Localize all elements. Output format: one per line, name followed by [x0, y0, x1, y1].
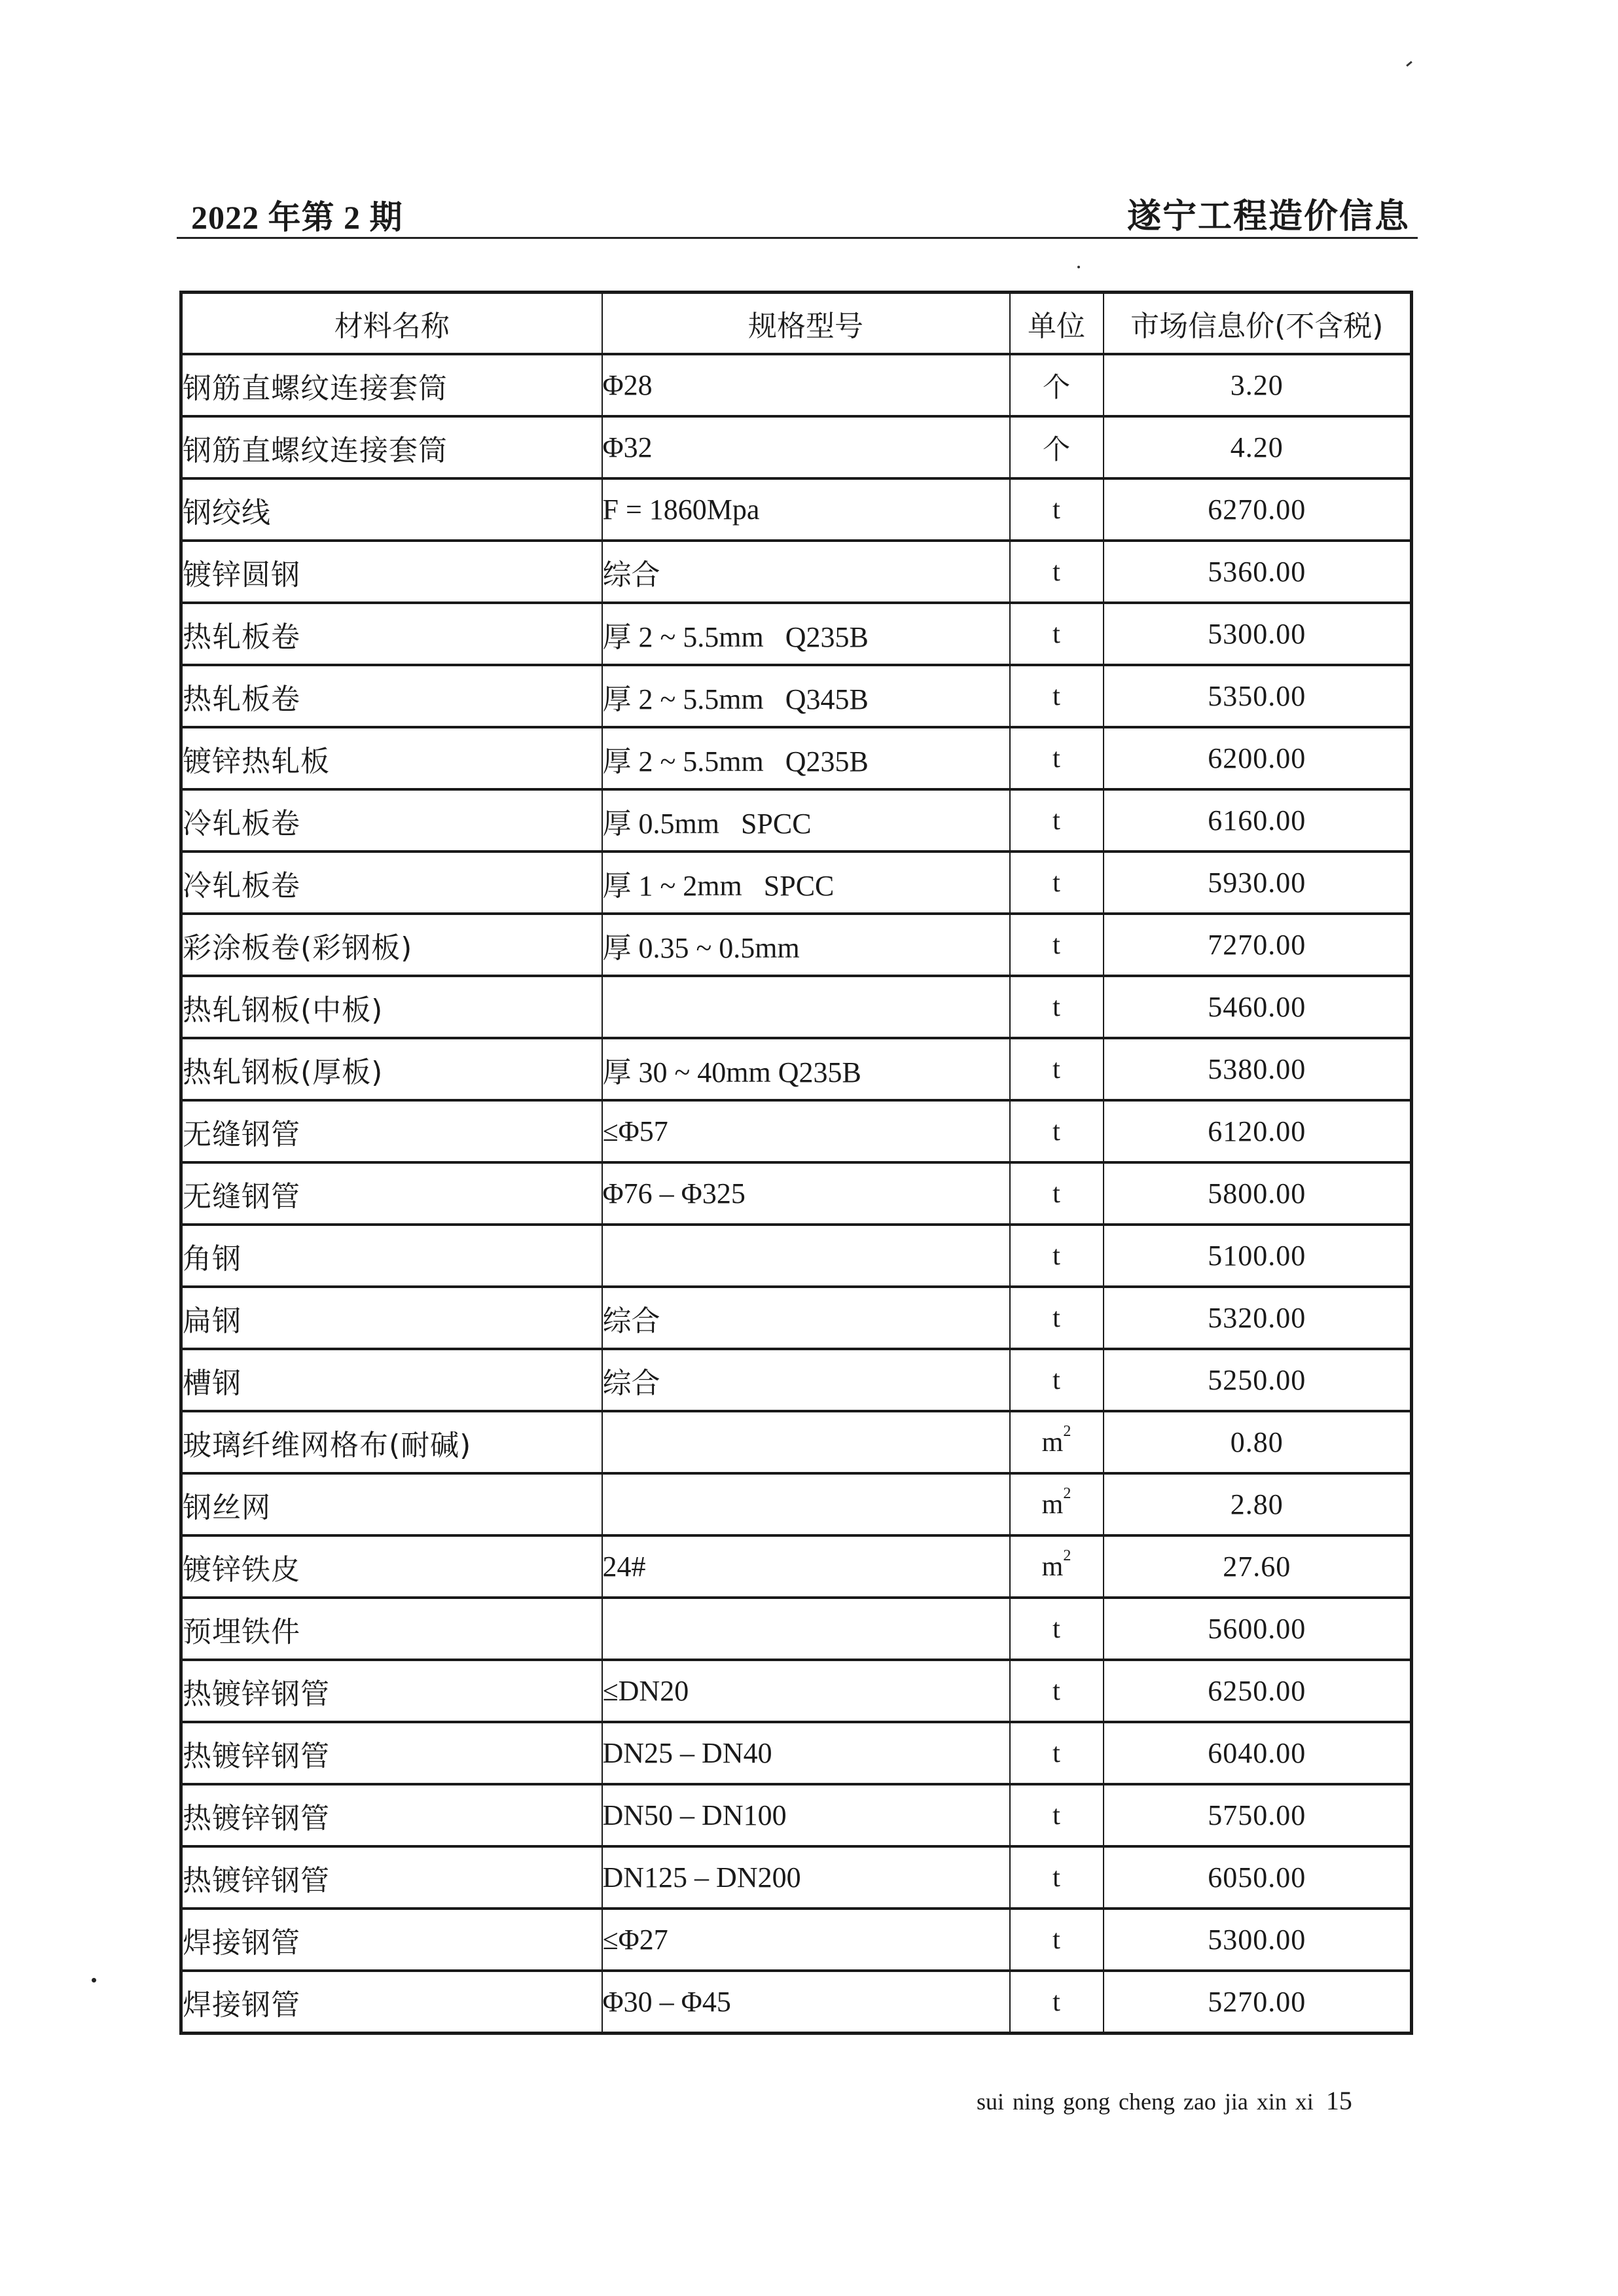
- material-name-cell: 焊接钢管: [181, 1971, 602, 2034]
- table-row: 彩涂板卷(彩钢板)厚 0.35 ~ 0.5mmt7270.00: [181, 914, 1412, 976]
- table-row: 预埋铁件t5600.00: [181, 1598, 1412, 1660]
- price-cell: 0.80: [1104, 1411, 1412, 1473]
- spec-cell: 厚 2 ~ 5.5mm Q235B: [602, 603, 1010, 665]
- table-row: 热镀锌钢管DN125 – DN200t6050.00: [181, 1846, 1412, 1909]
- unit-cell: t: [1010, 665, 1104, 727]
- material-name-cell: 彩涂板卷(彩钢板): [181, 914, 602, 976]
- table-row: 热轧钢板(中板)t5460.00: [181, 976, 1412, 1038]
- spec-cell: [602, 976, 1010, 1038]
- material-name-cell: 钢筋直螺纹连接套筒: [181, 416, 602, 478]
- material-name-cell: 焊接钢管: [181, 1909, 602, 1971]
- header-rule: [177, 237, 1418, 239]
- spec-cell: F = 1860Mpa: [602, 478, 1010, 541]
- unit-cell: t: [1010, 1660, 1104, 1722]
- table-row: 钢丝网m22.80: [181, 1473, 1412, 1535]
- material-name-cell: 热轧板卷: [181, 603, 602, 665]
- material-name-cell: 角钢: [181, 1225, 602, 1287]
- price-cell: 5380.00: [1104, 1038, 1412, 1100]
- table-row: 热镀锌钢管DN25 – DN40t6040.00: [181, 1722, 1412, 1784]
- price-cell: 5360.00: [1104, 541, 1412, 603]
- spec-cell: 厚 1 ~ 2mm SPCC: [602, 852, 1010, 914]
- price-cell: 7270.00: [1104, 914, 1412, 976]
- material-name-cell: 镀锌圆钢: [181, 541, 602, 603]
- price-cell: 6040.00: [1104, 1722, 1412, 1784]
- price-cell: 5320.00: [1104, 1287, 1412, 1349]
- price-cell: 5350.00: [1104, 665, 1412, 727]
- unit-cell: t: [1010, 1038, 1104, 1100]
- unit-cell: m2: [1010, 1411, 1104, 1473]
- table-row: 玻璃纤维网格布(耐碱)m20.80: [181, 1411, 1412, 1473]
- price-cell: 5460.00: [1104, 976, 1412, 1038]
- material-name-cell: 无缝钢管: [181, 1162, 602, 1225]
- table-row: 角钢t5100.00: [181, 1225, 1412, 1287]
- price-cell: 27.60: [1104, 1535, 1412, 1598]
- issue-label: 2022 年第 2 期: [191, 191, 403, 238]
- page-number: 15: [1326, 2086, 1352, 2115]
- table-row: 热镀锌钢管DN50 – DN100t5750.00: [181, 1784, 1412, 1846]
- material-name-cell: 预埋铁件: [181, 1598, 602, 1660]
- material-name-cell: 冷轧板卷: [181, 852, 602, 914]
- unit-cell: t: [1010, 1909, 1104, 1971]
- price-cell: 6200.00: [1104, 727, 1412, 789]
- spec-cell: 厚 30 ~ 40mm Q235B: [602, 1038, 1010, 1100]
- price-cell: 5750.00: [1104, 1784, 1412, 1846]
- unit-cell: t: [1010, 789, 1104, 852]
- price-cell: 6270.00: [1104, 478, 1412, 541]
- unit-cell: t: [1010, 976, 1104, 1038]
- price-cell: 5250.00: [1104, 1349, 1412, 1411]
- material-name-cell: 扁钢: [181, 1287, 602, 1349]
- unit-cell: t: [1010, 1598, 1104, 1660]
- spec-cell: DN125 – DN200: [602, 1846, 1010, 1909]
- material-name-cell: 槽钢: [181, 1349, 602, 1411]
- price-cell: 5100.00: [1104, 1225, 1412, 1287]
- material-name-cell: 钢绞线: [181, 478, 602, 541]
- table-row: 热镀锌钢管≤DN20t6250.00: [181, 1660, 1412, 1722]
- spec-cell: ≤Φ57: [602, 1100, 1010, 1162]
- column-header-spec: 规格型号: [602, 293, 1010, 355]
- table-row: 钢筋直螺纹连接套筒Φ28个3.20: [181, 354, 1412, 416]
- column-header-material: 材料名称: [181, 293, 602, 355]
- price-cell: 5300.00: [1104, 603, 1412, 665]
- price-cell: 5600.00: [1104, 1598, 1412, 1660]
- spec-cell: DN50 – DN100: [602, 1784, 1010, 1846]
- spec-cell: Φ30 – Φ45: [602, 1971, 1010, 2034]
- table-row: 焊接钢管Φ30 – Φ45t5270.00: [181, 1971, 1412, 2034]
- material-name-cell: 热轧钢板(厚板): [181, 1038, 602, 1100]
- table-row: 无缝钢管Φ76 – Φ325t5800.00: [181, 1162, 1412, 1225]
- footer-pinyin: sui ning gong cheng zao jia xin xi: [977, 2089, 1314, 2115]
- spec-cell: ≤Φ27: [602, 1909, 1010, 1971]
- spec-cell: 厚 2 ~ 5.5mm Q345B: [602, 665, 1010, 727]
- spec-cell: 综合: [602, 541, 1010, 603]
- unit-cell: t: [1010, 727, 1104, 789]
- material-name-cell: 热镀锌钢管: [181, 1722, 602, 1784]
- price-cell: 6050.00: [1104, 1846, 1412, 1909]
- unit-cell: t: [1010, 1100, 1104, 1162]
- spec-cell: 厚 0.5mm SPCC: [602, 789, 1010, 852]
- spec-cell: [602, 1473, 1010, 1535]
- unit-cell: t: [1010, 1287, 1104, 1349]
- spec-cell: Φ32: [602, 416, 1010, 478]
- unit-cell: t: [1010, 1846, 1104, 1909]
- unit-cell: t: [1010, 478, 1104, 541]
- unit-cell: t: [1010, 852, 1104, 914]
- unit-cell: t: [1010, 603, 1104, 665]
- column-header-price: 市场信息价(不含税): [1104, 293, 1412, 355]
- unit-cell: 个: [1010, 416, 1104, 478]
- price-cell: 4.20: [1104, 416, 1412, 478]
- price-cell: 5800.00: [1104, 1162, 1412, 1225]
- table-row: 热轧板卷厚 2 ~ 5.5mm Q345Bt5350.00: [181, 665, 1412, 727]
- unit-cell: t: [1010, 1349, 1104, 1411]
- price-cell: 5930.00: [1104, 852, 1412, 914]
- material-name-cell: 钢筋直螺纹连接套筒: [181, 354, 602, 416]
- unit-cell: t: [1010, 914, 1104, 976]
- material-name-cell: 无缝钢管: [181, 1100, 602, 1162]
- table-row: 热轧钢板(厚板)厚 30 ~ 40mm Q235Bt5380.00: [181, 1038, 1412, 1100]
- price-cell: 3.20: [1104, 354, 1412, 416]
- unit-cell: t: [1010, 1971, 1104, 2034]
- spec-cell: 厚 2 ~ 5.5mm Q235B: [602, 727, 1010, 789]
- price-table: 材料名称 规格型号 单位 市场信息价(不含税) 钢筋直螺纹连接套筒Φ28个3.2…: [179, 291, 1413, 2035]
- spec-cell: 厚 0.35 ~ 0.5mm: [602, 914, 1010, 976]
- table-row: 钢筋直螺纹连接套筒Φ32个4.20: [181, 416, 1412, 478]
- price-cell: 6250.00: [1104, 1660, 1412, 1722]
- spec-cell: 综合: [602, 1287, 1010, 1349]
- material-name-cell: 热镀锌钢管: [181, 1784, 602, 1846]
- unit-cell: t: [1010, 541, 1104, 603]
- price-cell: 5300.00: [1104, 1909, 1412, 1971]
- material-name-cell: 镀锌铁皮: [181, 1535, 602, 1598]
- scan-speck: [1077, 266, 1080, 268]
- unit-cell: t: [1010, 1162, 1104, 1225]
- column-header-unit: 单位: [1010, 293, 1104, 355]
- material-name-cell: 热轧板卷: [181, 665, 602, 727]
- material-name-cell: 冷轧板卷: [181, 789, 602, 852]
- table-row: 焊接钢管≤Φ27t5300.00: [181, 1909, 1412, 1971]
- table-row: 镀锌热轧板厚 2 ~ 5.5mm Q235Bt6200.00: [181, 727, 1412, 789]
- publication-title: 遂宁工程造价信息: [1127, 188, 1410, 238]
- spec-cell: Φ28: [602, 354, 1010, 416]
- price-cell: 6160.00: [1104, 789, 1412, 852]
- unit-cell: t: [1010, 1784, 1104, 1846]
- price-cell: 6120.00: [1104, 1100, 1412, 1162]
- table-header-row: 材料名称 规格型号 单位 市场信息价(不含税): [181, 293, 1412, 355]
- material-name-cell: 钢丝网: [181, 1473, 602, 1535]
- unit-cell: t: [1010, 1722, 1104, 1784]
- spec-cell: Φ76 – Φ325: [602, 1162, 1010, 1225]
- spec-cell: DN25 – DN40: [602, 1722, 1010, 1784]
- scan-speck: [92, 1978, 96, 1982]
- unit-cell: m2: [1010, 1473, 1104, 1535]
- material-name-cell: 镀锌热轧板: [181, 727, 602, 789]
- table-row: 槽钢综合t5250.00: [181, 1349, 1412, 1411]
- spec-cell: 综合: [602, 1349, 1010, 1411]
- material-name-cell: 热镀锌钢管: [181, 1846, 602, 1909]
- table-row: 冷轧板卷厚 1 ~ 2mm SPCCt5930.00: [181, 852, 1412, 914]
- unit-cell: 个: [1010, 354, 1104, 416]
- material-name-cell: 玻璃纤维网格布(耐碱): [181, 1411, 602, 1473]
- material-name-cell: 热轧钢板(中板): [181, 976, 602, 1038]
- table-row: 冷轧板卷厚 0.5mm SPCCt6160.00: [181, 789, 1412, 852]
- price-cell: 5270.00: [1104, 1971, 1412, 2034]
- table-row: 扁钢综合t5320.00: [181, 1287, 1412, 1349]
- price-cell: 2.80: [1104, 1473, 1412, 1535]
- material-name-cell: 热镀锌钢管: [181, 1660, 602, 1722]
- spec-cell: [602, 1411, 1010, 1473]
- table-row: 无缝钢管≤Φ57t6120.00: [181, 1100, 1412, 1162]
- spec-cell: [602, 1225, 1010, 1287]
- spec-cell: 24#: [602, 1535, 1010, 1598]
- spec-cell: ≤DN20: [602, 1660, 1010, 1722]
- spec-cell: [602, 1598, 1010, 1660]
- table-row: 钢绞线F = 1860Mpat6270.00: [181, 478, 1412, 541]
- table-row: 热轧板卷厚 2 ~ 5.5mm Q235Bt5300.00: [181, 603, 1412, 665]
- unit-cell: m2: [1010, 1535, 1104, 1598]
- scan-mark: [1406, 61, 1412, 67]
- table-row: 镀锌圆钢综合t5360.00: [181, 541, 1412, 603]
- unit-cell: t: [1010, 1225, 1104, 1287]
- page-footer: sui ning gong cheng zao jia xin xi 15: [977, 2085, 1352, 2116]
- table-row: 镀锌铁皮24#m227.60: [181, 1535, 1412, 1598]
